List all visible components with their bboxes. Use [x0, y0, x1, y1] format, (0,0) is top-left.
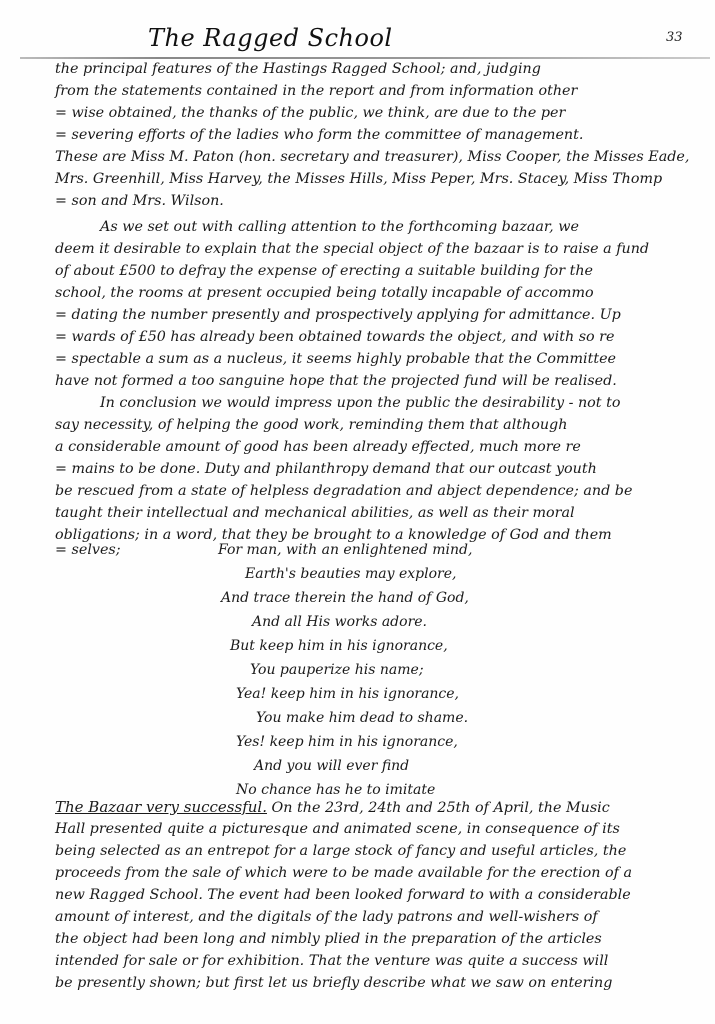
poem-line: But keep him in his ignorance,	[230, 638, 448, 654]
text-line: of about £500 to defray the expense of e…	[55, 260, 705, 282]
text-line: amount of interest, and the digitals of …	[55, 906, 705, 928]
body-text: the principal features of the Hastings R…	[55, 58, 705, 546]
text-line: In conclusion we would impress upon the …	[55, 392, 705, 414]
section-heading: The Bazaar very successful.	[55, 798, 267, 816]
text-line: = wards of £50 has already been obtained…	[55, 326, 705, 348]
text-line: the principal features of the Hastings R…	[55, 58, 705, 80]
text-line: be presently shown; but first let us bri…	[55, 972, 705, 994]
text-line: proceeds from the sale of which were to …	[55, 862, 705, 884]
text-line: = selves;	[55, 542, 121, 558]
poem-line: And you will ever find	[254, 758, 409, 774]
poem-line: Yea! keep him in his ignorance,	[236, 686, 459, 702]
text-line: Hall presented quite a picturesque and a…	[55, 818, 705, 840]
text-line: intended for sale or for exhibition. Tha…	[55, 950, 705, 972]
text-line: new Ragged School. The event had been lo…	[55, 884, 705, 906]
text-line: These are Miss M. Paton (hon. secretary …	[55, 146, 705, 168]
page-number: 33	[666, 30, 683, 45]
text-line: have not formed a too sanguine hope that…	[55, 370, 705, 392]
text-line: school, the rooms at present occupied be…	[55, 282, 705, 304]
page-title: The Ragged School	[148, 24, 393, 52]
text-line: being selected as an entrepot for a larg…	[55, 840, 705, 862]
text-span: On the 23rd, 24th and 25th of April, the…	[267, 800, 610, 816]
text-line: a considerable amount of good has been a…	[55, 436, 705, 458]
poem-line: Yes! keep him in his ignorance,	[236, 734, 458, 750]
text-line: = spectable a sum as a nucleus, it seems…	[55, 348, 705, 370]
page-header: The Ragged School 33	[0, 20, 715, 56]
manuscript-page: The Ragged School 33 the principal featu…	[0, 0, 715, 1024]
paragraph-3: In conclusion we would impress upon the …	[55, 392, 705, 546]
text-line: Mrs. Greenhill, Miss Harvey, the Misses …	[55, 168, 705, 190]
text-line: = son and Mrs. Wilson.	[55, 190, 705, 212]
text-line: deem it desirable to explain that the sp…	[55, 238, 705, 260]
paragraph-2: As we set out with calling attention to …	[55, 216, 705, 392]
section-bazaar: The Bazaar very successful. On the 23rd,…	[55, 796, 705, 994]
text-line: The Bazaar very successful. On the 23rd,…	[55, 796, 705, 818]
poem-line: You make him dead to shame.	[256, 710, 468, 726]
text-line: = wise obtained, the thanks of the publi…	[55, 102, 705, 124]
text-line: taught their intellectual and mechanical…	[55, 502, 705, 524]
text-line: the object had been long and nimbly plie…	[55, 928, 705, 950]
text-line: = dating the number presently and prospe…	[55, 304, 705, 326]
poem-line: You pauperize his name;	[250, 662, 424, 678]
text-line: say necessity, of helping the good work,…	[55, 414, 705, 436]
poem-line: And trace therein the hand of God,	[221, 590, 469, 606]
text-line: = severing efforts of the ladies who for…	[55, 124, 705, 146]
text-line: from the statements contained in the rep…	[55, 80, 705, 102]
poem-line: Earth's beauties may explore,	[245, 566, 456, 582]
poem-line: And all His works adore.	[252, 614, 427, 630]
text-line: = mains to be done. Duty and philanthrop…	[55, 458, 705, 480]
paragraph-1: the principal features of the Hastings R…	[55, 58, 705, 212]
text-line: As we set out with calling attention to …	[55, 216, 705, 238]
text-line: be rescued from a state of helpless degr…	[55, 480, 705, 502]
poem-line: For man, with an enlightened mind,	[218, 542, 472, 558]
